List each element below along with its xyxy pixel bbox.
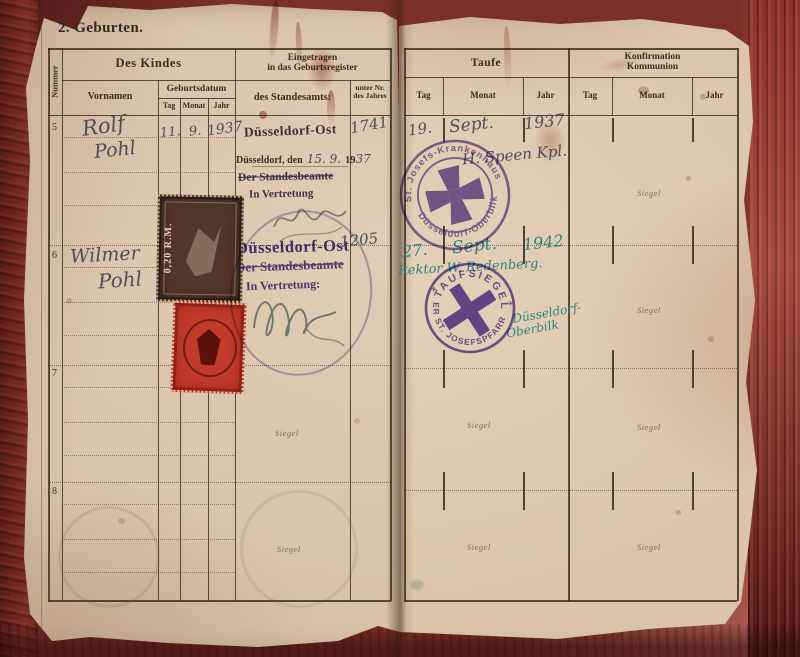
column-tick (523, 350, 525, 388)
embossed-seal-ghost (58, 506, 160, 608)
column-tick (692, 226, 694, 264)
header-monat: Monat (180, 102, 208, 111)
table-line (390, 48, 392, 601)
official-title-stamp: Der Standesbeamte (238, 170, 333, 184)
child-surname: Pohl (93, 137, 137, 163)
child-surname: Pohl (97, 266, 143, 293)
header-konfirmation: Konfirmation Kommunion (568, 52, 737, 73)
form-line (252, 166, 348, 167)
birth-day: 11. (159, 124, 181, 141)
registry-date-hand: 15. 9. (307, 152, 341, 166)
column-tick (612, 118, 614, 142)
siegel-placeholder: Siegel (467, 542, 491, 552)
table-line (404, 490, 737, 491)
registry-year-printed: 19 (345, 155, 356, 166)
siegel-placeholder: Siegel (637, 422, 661, 432)
column-tick (692, 118, 694, 142)
header-monat: Monat (443, 91, 523, 101)
siegel-placeholder: Siegel (467, 420, 491, 430)
table-line (404, 368, 737, 369)
siegel-placeholder: Siegel (637, 542, 661, 552)
siegel-placeholder: Siegel (275, 428, 299, 438)
stain (638, 86, 649, 95)
header-geburtsdatum: Geburtsdatum (158, 84, 235, 94)
stain (708, 336, 714, 342)
table-line (62, 80, 391, 81)
table-line (404, 600, 737, 602)
table-line (48, 482, 391, 483)
siegel-placeholder: Siegel (637, 188, 661, 198)
scanned-family-register: 2. Geburten. Nummer Des Kindes Eingetrag… (0, 0, 800, 657)
birth-month: 9. (188, 123, 202, 139)
table-line (404, 48, 737, 50)
fee-stamp-value-box: 0,20 R.M. (160, 204, 175, 290)
table-line (158, 80, 159, 601)
baptism-day: 19. (407, 118, 433, 139)
city-stamp: Düsseldorf-Ost (244, 121, 337, 140)
stain (259, 111, 267, 119)
header-nummer-label: Nummer (50, 65, 59, 98)
table-line (48, 48, 50, 601)
header-tag: Tag (568, 91, 612, 101)
header-unter-nr: unter Nr. des Jahres (351, 84, 389, 100)
row-number: 8 (52, 486, 57, 497)
header-tag: Tag (404, 91, 443, 101)
child-name: Wilmer (69, 242, 140, 268)
table-line (48, 48, 391, 50)
stain (66, 298, 72, 304)
embossed-seal-ghost (240, 490, 358, 608)
header-vornamen: Vornamen (62, 92, 158, 103)
stain (676, 510, 681, 515)
row-number: 7 (52, 368, 57, 379)
stain (534, 118, 566, 164)
registry-date-prefix: Düsseldorf, den (236, 155, 303, 166)
header-jahr: Jahr (523, 91, 568, 101)
stain (327, 90, 335, 126)
stain (686, 176, 691, 181)
writing-line (62, 422, 235, 423)
table-line (404, 48, 406, 601)
writing-line (62, 172, 235, 173)
parish-round-stamp: TAUFSIEGEL DER ST. JOSEFSPFARRE + + (411, 249, 530, 368)
siegel-placeholder: Siegel (637, 305, 661, 315)
header-jahr: Jahr (208, 102, 235, 111)
table-line (737, 48, 739, 601)
writing-line (62, 504, 235, 505)
stain (308, 46, 336, 92)
column-tick (443, 472, 445, 510)
page-fold-line (41, 24, 42, 628)
header-tag: Tag (158, 102, 180, 111)
column-tick (612, 472, 614, 510)
table-line (404, 77, 737, 78)
column-tick (692, 350, 694, 388)
book-cover-right-edge (748, 0, 800, 657)
fee-stamp-value: 0,20 R.M. (162, 222, 174, 273)
column-tick (443, 350, 445, 388)
table-line (568, 48, 570, 601)
registry-year-hand: 37 (356, 152, 371, 166)
stain (354, 418, 360, 424)
column-tick (612, 350, 614, 388)
header-taufe: Taufe (404, 57, 568, 69)
stain (118, 518, 125, 524)
table-line (62, 48, 63, 601)
writing-line (62, 455, 235, 456)
header-des-kindes: Des Kindes (62, 57, 235, 71)
cross-pattee-icon (421, 161, 489, 229)
column-tick (612, 226, 614, 264)
row-number: 6 (52, 250, 57, 261)
header-monat: Monat (612, 91, 692, 101)
table-line (158, 98, 235, 99)
page-title: 2. Geburten. (58, 20, 143, 37)
row-number: 5 (52, 122, 57, 133)
column-tick (692, 472, 694, 510)
header-nummer: Nummer (48, 48, 62, 115)
stain (410, 580, 424, 590)
stain (700, 94, 706, 100)
column-tick (523, 472, 525, 510)
header-jahr: Jahr (692, 91, 737, 101)
